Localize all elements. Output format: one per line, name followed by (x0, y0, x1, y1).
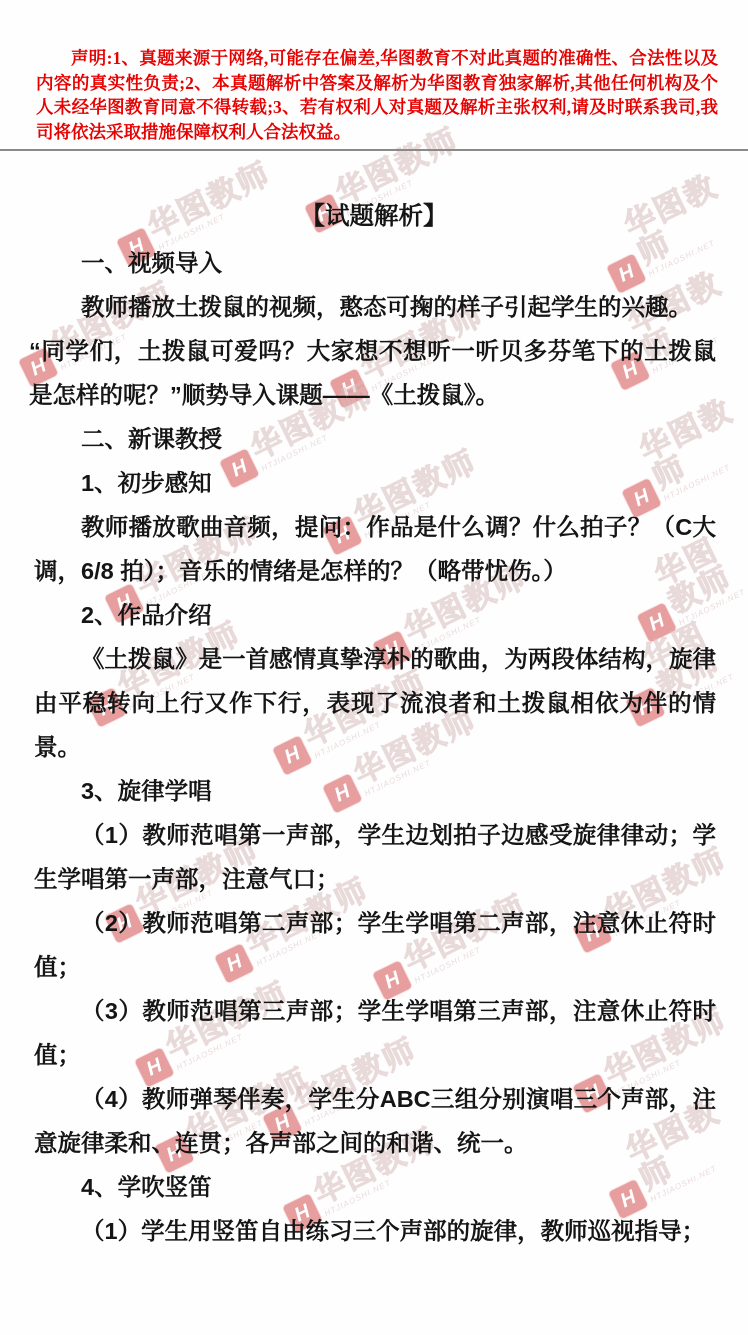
paragraph: （1）教师范唱第一声部，学生边划拍子边感受旋律律动；学生学唱第一声部，注意气口； (34, 813, 716, 901)
paragraph: 教师播放土拨鼠的视频，憨态可掬的样子引起学生的兴趣。 (34, 285, 716, 329)
body-text: 一、视频导入教师播放土拨鼠的视频，憨态可掬的样子引起学生的兴趣。“同学们，土拨鼠… (34, 241, 716, 1253)
paragraph: （2）教师范唱第二声部；学生学唱第二声部，注意休止符时值； (34, 901, 716, 989)
paragraph: 教师播放歌曲音频，提问：作品是什么调？什么拍子？（C大调，6/8 拍）；音乐的情… (34, 505, 716, 593)
disclaimer-text: 1、真题来源于网络,可能存在偏差,华图教育不对此真题的准确性、合法性以及内容的真… (36, 48, 718, 142)
paragraph: 2、作品介绍 (34, 593, 716, 637)
paragraph: （3）教师范唱第三声部；学生学唱第三声部，注意休止符时值； (34, 989, 716, 1077)
paragraph: “同学们，土拨鼠可爱吗？大家想不想听一听贝多芬笔下的土拨鼠是怎样的呢？”顺势导入… (29, 329, 716, 417)
paragraph: 4、学吹竖笛 (34, 1165, 716, 1209)
paragraph: 二、新课教授 (34, 417, 716, 461)
paragraph: 《土拨鼠》是一首感情真挚淳朴的歌曲，为两段体结构，旋律由平稳转向上行又作下行，表… (34, 637, 716, 769)
disclaimer-label: 声明: (71, 48, 112, 68)
disclaimer: 声明:1、真题来源于网络,可能存在偏差,华图教育不对此真题的准确性、合法性以及内… (36, 46, 718, 144)
document-page: H华图教师HTJIAOSHI.NETH华图教师HTJIAOSHI.NETH华图教… (0, 0, 748, 1335)
paragraph: （4）教师弹琴伴奏，学生分ABC三组分别演唱三个声部，注意旋律柔和、连贯；各声部… (34, 1077, 716, 1165)
document-content: 声明:1、真题来源于网络,可能存在偏差,华图教育不对此真题的准确性、合法性以及内… (0, 46, 748, 1253)
divider (0, 149, 748, 151)
paragraph: （1）学生用竖笛自由练习三个声部的旋律，教师巡视指导； (34, 1209, 716, 1253)
page-title: 【试题解析】 (0, 195, 748, 239)
paragraph: 3、旋律学唱 (34, 769, 716, 813)
paragraph: 1、初步感知 (34, 461, 716, 505)
paragraph: 一、视频导入 (34, 241, 716, 285)
